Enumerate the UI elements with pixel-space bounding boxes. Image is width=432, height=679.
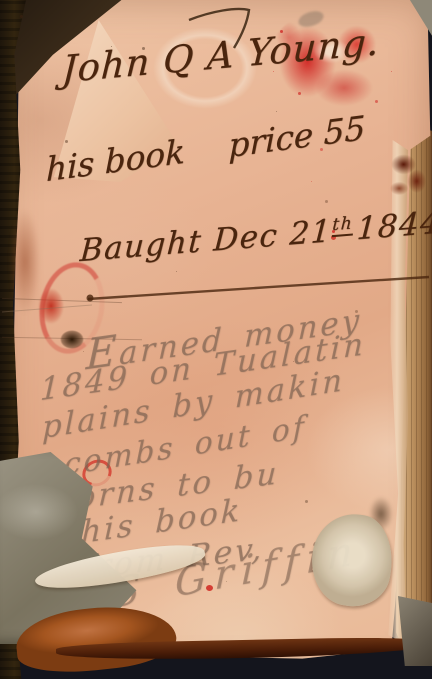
- bought-year-text: 1844: [356, 204, 432, 247]
- dark-ink-blob: [60, 330, 84, 349]
- inscription-gap: [185, 126, 229, 171]
- brown-ink-blot: [386, 150, 430, 198]
- board-corner-bottom-right: [398, 596, 432, 666]
- foxing-speckles: [20, 15, 23, 18]
- old-book-flyleaf-photo: Earned money 1849 on Tualatin plains by …: [0, 0, 432, 679]
- ordinal-superscript: th: [332, 213, 354, 237]
- red-crust-stain: [38, 288, 64, 324]
